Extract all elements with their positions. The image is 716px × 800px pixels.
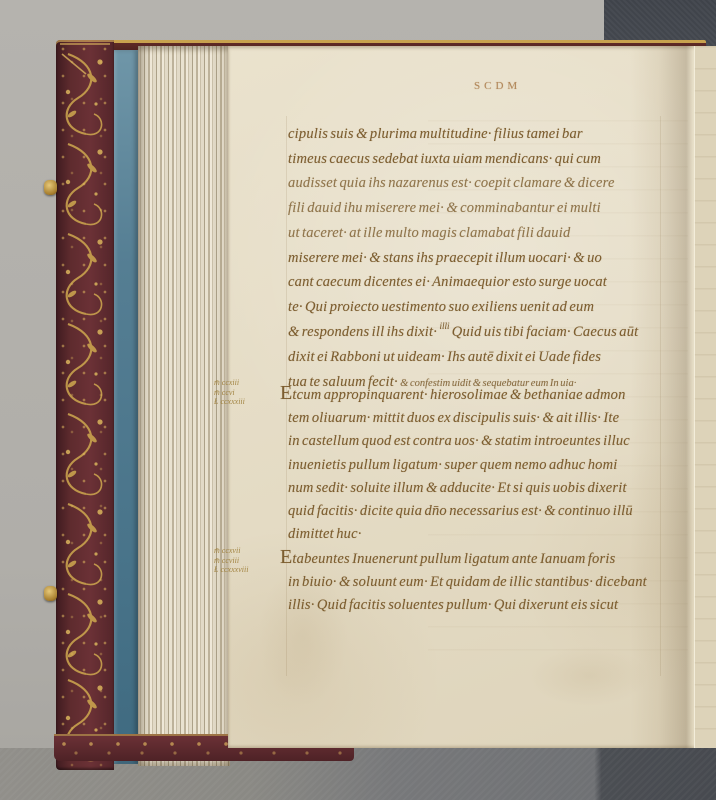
manuscript-page: SCDM cipulis suis & plurima multitudine·… [228,46,716,748]
canon-ref: Ł ccxxxviii [214,565,284,575]
running-header: SCDM [474,80,521,92]
page-gutter-shadow [630,46,702,748]
text-line: & respondens ill ihs dixit· illi Quid ui… [288,320,638,346]
text-line: dixit ei Rabboni ut uideam· Ihs autē dix… [288,345,638,370]
text-segment: Quid uis tibi faciam· Caecus aūt [452,324,639,340]
text-line: fili dauid ihu miserere mei· & comminaba… [288,196,638,221]
paragraph-3: Etabeuntes Inuenerunt pullum ligatum ant… [288,546,647,618]
binding-left-board [56,40,114,770]
manuscript-photo: SCDM cipulis suis & plurima multitudine·… [0,0,716,800]
text-line: te· Qui proiecto uestimento suo exiliens… [288,295,638,320]
canon-ref: m̄ ccviii [214,556,284,566]
text-line: audisset quia ihs nazarenus est· coepit … [288,171,638,196]
text-segment: & respondens ill ihs dixit· [288,324,437,340]
canon-margin-note: m̄ ccxvii m̄ ccviii Ł ccxxxviii [214,546,284,575]
text-line: cant caecum dicentes ei· Animaequior est… [288,270,638,295]
text-line: cipulis suis & plurima multitudine· fili… [288,122,638,147]
canon-ref: m̄ ccxiii [214,378,284,388]
cloth-joint [114,50,138,764]
text-line: in castellum quod est contra uos· & stat… [288,430,633,453]
text-line: tem oliuarum· mittit duos ex discipulis … [288,407,633,430]
text-line: in biuio· & soluunt eum· Et quidam de il… [288,571,647,594]
paragraph-2: Etcum appropinquarent· hierosolimae & be… [288,382,633,546]
text-line: miserere mei· & stans ihs praecepit illu… [288,246,638,271]
paragraph-1: cipulis suis & plurima multitudine· fili… [288,122,638,397]
text-line: dimittet huc· [288,523,633,546]
text-line: Etcum appropinquarent· hierosolimae & be… [288,382,633,407]
canon-margin-note: m̄ ccxiii m̄ ccvi Ł ccxxxiii [214,378,284,407]
text-line: inuenietis pullum ligatum· super quem ne… [288,454,633,477]
text-line: illis· Quid facitis soluentes pullum· Qu… [288,594,647,617]
text-line: num sedit· soluite illum & adducite· Et … [288,477,633,500]
canon-ref: m̄ ccvi [214,388,284,398]
text-line: ut taceret· at ille multo magis clamabat… [288,221,638,246]
text-line: quid facitis· dicite quia dn̄o necessari… [288,500,633,523]
next-page-edge [694,46,716,748]
gold-dot-tooling [56,40,114,770]
text-line: Etabeuntes Inuenerunt pullum ligatum ant… [288,546,647,571]
text-line: timeus caecus sedebat iuxta uiam mendica… [288,147,638,172]
clasp-stud [44,180,57,195]
interlinear-gloss: illi [439,321,449,331]
canon-ref: Ł ccxxxiii [214,397,284,407]
clasp-stud [44,586,57,601]
canon-ref: m̄ ccxvii [214,546,284,556]
